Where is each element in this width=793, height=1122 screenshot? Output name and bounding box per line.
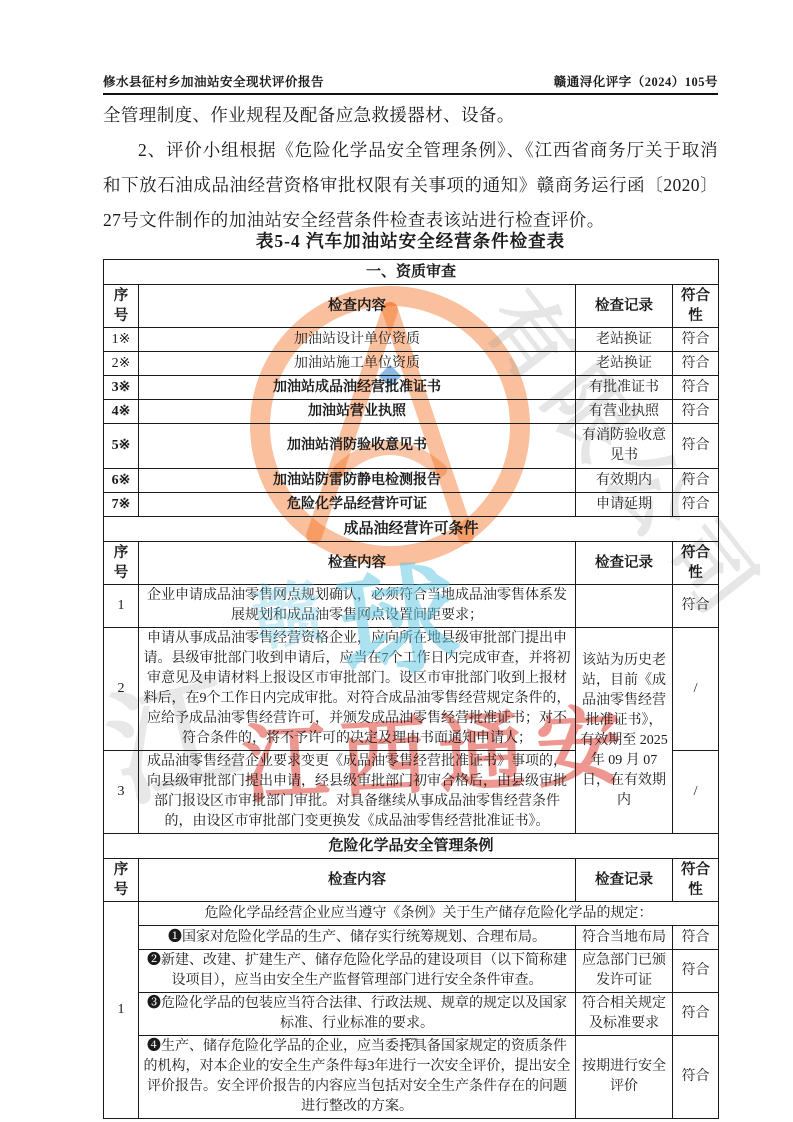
table-cell: 检查内容 (139, 859, 576, 902)
table-cell: 企业申请成品油零售网点规划确认，必须符合当地成品油零售体系发展规划和成品油零售网… (139, 585, 576, 628)
paragraph-continuation: 全管理制度、作业规程及配备应急救援器材、设备。 (103, 98, 718, 133)
table-cell: 3 (104, 751, 139, 834)
paragraph-evaluation-basis: 2、评价小组根据《危险化学品安全管理条例》、《江西省商务厅关于取消和下放石油成品… (103, 133, 718, 238)
table-cell: / (673, 751, 719, 834)
table-cell: 符合 (673, 926, 719, 950)
table-cell: 符合 (673, 993, 719, 1036)
table-cell: 加油站营业执照 (139, 400, 576, 424)
table-cell (576, 585, 673, 628)
table-cell: 有消防验收意见书 (576, 424, 673, 469)
table-cell: 符合 (673, 424, 719, 469)
section-title-hazchem-regulation: 危险化学品安全管理条例 (104, 834, 719, 859)
section-title-qualification: 一、资质审查 (104, 260, 719, 285)
table-cell: 有批准证书 (576, 376, 673, 400)
table-row: 危险化学品安全管理条例 (104, 834, 719, 859)
table-cell: 4※ (104, 400, 139, 424)
table-cell: ❷新建、改建、扩建生产、储存危险化学品的建设项目（以下简称建设项目），应当由安全… (139, 950, 576, 993)
table-cell: 序号 (104, 285, 139, 328)
table-cell: 符合当地布局 (576, 926, 673, 950)
table-cell: 符合 (673, 376, 719, 400)
table-cell: 符合 (673, 328, 719, 352)
table-cell: 序号 (104, 859, 139, 902)
check-table: 一、资质审查序号检查内容检查记录符合性1※加油站设计单位资质老站换证符合2※加油… (103, 259, 719, 1119)
table-cell: 符合 (673, 585, 719, 628)
table-row: 一、资质审查 (104, 260, 719, 285)
table-cell: 加油站成品油经营批准证书 (139, 376, 576, 400)
table-cell: 检查内容 (139, 285, 576, 328)
table-cell: 符合 (673, 352, 719, 376)
table-row: 7※危险化学品经营许可证申请延期符合 (104, 493, 719, 517)
section-title-refined-oil: 成品油经营许可条件 (104, 517, 719, 542)
table-cell: 符合性 (673, 859, 719, 902)
table-row: 序号检查内容检查记录符合性 (104, 285, 719, 328)
table-cell: 3※ (104, 376, 139, 400)
table-cell: 该站为历史老站，目前《成品油零售经营批准证书》，有效期至 2025 年 09 月… (576, 628, 673, 834)
table-cell: 有营业执照 (576, 400, 673, 424)
table-cell: 2 (104, 628, 139, 751)
table-cell: 应急部门已颁发许可证 (576, 950, 673, 993)
table-cell: 加油站防雷防静电检测报告 (139, 469, 576, 493)
table-cell: 符合 (673, 493, 719, 517)
table-row: 4※加油站营业执照有营业执照符合 (104, 400, 719, 424)
table-cell: 2※ (104, 352, 139, 376)
table-cell: 1 (104, 585, 139, 628)
table-cell: ❸危险化学品的包装应当符合法律、行政法规、规章的规定以及国家标准、行业标准的要求… (139, 993, 576, 1036)
table-row: 2※加油站施工单位资质老站换证符合 (104, 352, 719, 376)
table-cell: 检查内容 (139, 542, 576, 585)
table-row: 成品油经营许可条件 (104, 517, 719, 542)
table-row: 1※加油站设计单位资质老站换证符合 (104, 328, 719, 352)
table-cell: 6※ (104, 469, 139, 493)
table-row: 序号检查内容检查记录符合性 (104, 542, 719, 585)
table-cell: ❶国家对危险化学品的生产、储存实行统筹规划、合理布局。 (139, 926, 576, 950)
table-cell: 成品油零售经营企业要求变更《成品油零售经营批准证书》事项的，向县级审批部门提出申… (139, 751, 576, 834)
table-row: 序号检查内容检查记录符合性 (104, 859, 719, 902)
table-cell: 5※ (104, 424, 139, 469)
check-table-body: 一、资质审查序号检查内容检查记录符合性1※加油站设计单位资质老站换证符合2※加油… (104, 260, 719, 1119)
table-cell: 有效期内 (576, 469, 673, 493)
table-cell: 加油站消防验收意见书 (139, 424, 576, 469)
header-report-title: 修水县征村乡加油站安全现状评价报告 (103, 72, 324, 90)
table-cell: 加油站施工单位资质 (139, 352, 576, 376)
table-cell: 符合性 (673, 285, 719, 328)
table-cell: 符合相关规定及标准要求 (576, 993, 673, 1036)
table-cell: 老站换证 (576, 328, 673, 352)
table-cell: / (673, 628, 719, 751)
table-cell: 符合 (673, 469, 719, 493)
table-cell: 申请延期 (576, 493, 673, 517)
header-doc-number: 赣通浔化评字（2024）105号 (554, 72, 718, 90)
table-cell: 老站换证 (576, 352, 673, 376)
table-row: ❸危险化学品的包装应当符合法律、行政法规、规章的规定以及国家标准、行业标准的要求… (104, 993, 719, 1036)
table-row: ❶国家对危险化学品的生产、储存实行统筹规划、合理布局。符合当地布局符合 (104, 926, 719, 950)
table-row: 2申请从事成品油零售经营资格企业，应向所在地县级审批部门提出申请。县级审批部门收… (104, 628, 719, 751)
table-row: 1危险化学品经营企业应当遵守《条例》关于生产储存危险化学品的规定： (104, 902, 719, 926)
table-caption: 表5-4 汽车加油站安全经营条件检查表 (103, 228, 718, 253)
table-cell: 申请从事成品油零售经营资格企业，应向所在地县级审批部门提出申请。县级审批部门收到… (139, 628, 576, 751)
table-cell: 检查记录 (576, 285, 673, 328)
table-cell: 1 (104, 902, 139, 1119)
table-cell: 加油站设计单位资质 (139, 328, 576, 352)
table-row: 1企业申请成品油零售网点规划确认，必须符合当地成品油零售体系发展规划和成品油零售… (104, 585, 719, 628)
table-cell: 危险化学品经营许可证 (139, 493, 576, 517)
table-cell: 符合 (673, 950, 719, 993)
table-row: 3※加油站成品油经营批准证书有批准证书符合 (104, 376, 719, 400)
page-number: 57 (103, 1036, 718, 1051)
table-cell: 1※ (104, 328, 139, 352)
running-header: 修水县征村乡加油站安全现状评价报告 赣通浔化评字（2024）105号 (103, 62, 718, 95)
table-cell: 符合 (673, 400, 719, 424)
table-row: ❷新建、改建、扩建生产、储存危险化学品的建设项目（以下简称建设项目），应当由安全… (104, 950, 719, 993)
table-row: 5※加油站消防验收意见书有消防验收意见书符合 (104, 424, 719, 469)
table-cell: 检查记录 (576, 542, 673, 585)
table-cell: 检查记录 (576, 859, 673, 902)
table-cell: 序号 (104, 542, 139, 585)
table-cell: 危险化学品经营企业应当遵守《条例》关于生产储存危险化学品的规定： (139, 902, 719, 926)
table-row: 6※加油站防雷防静电检测报告有效期内符合 (104, 469, 719, 493)
table-cell: 符合性 (673, 542, 719, 585)
table-cell: 7※ (104, 493, 139, 517)
